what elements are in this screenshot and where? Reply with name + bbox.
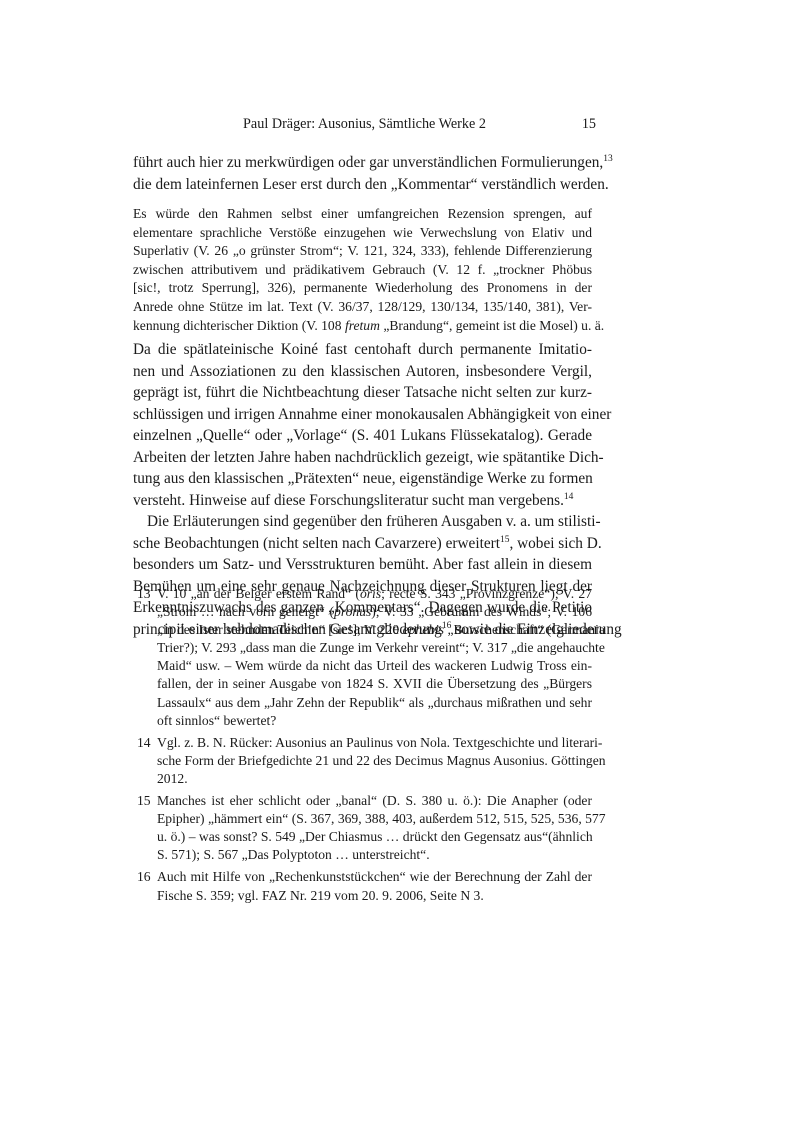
- line-text: ); V. 33 „Gebrumm des Winds“; V. 106: [371, 604, 592, 619]
- footnote-16: 16 Auch mit Hilfe von „Rechenkunststückc…: [137, 868, 592, 904]
- latin-term: ephebis: [403, 622, 445, 637]
- text-line: Vgl. z. B. N. Rücker: Ausonius an Paulin…: [157, 734, 592, 752]
- text-line: 2012.: [157, 770, 592, 788]
- footnote-number: 15: [137, 792, 151, 810]
- page-number: 15: [582, 116, 596, 133]
- line-text: versteht. Hinweise auf diese Forschungsl…: [133, 492, 564, 509]
- text-line: Die Erläuterungen sind gegenüber den frü…: [133, 511, 592, 533]
- text-line: fallen, der in seiner Ausgabe von 1824 S…: [157, 675, 592, 693]
- text-line: Manches ist eher schlicht oder „banal“ (…: [157, 792, 592, 810]
- text-line: Fische S. 359; vgl. FAZ Nr. 219 vom 20. …: [157, 887, 592, 905]
- text-line: [sic!, trotz Sperrung], 326), permanente…: [133, 279, 592, 298]
- text-line: nen und Assoziationen zu den klassischen…: [133, 361, 592, 383]
- footnote-number: 13: [137, 585, 151, 603]
- footnote-number: 14: [137, 734, 151, 752]
- footnotes: 13 V. 10 „an der Belger erstem Rand“ (or…: [137, 585, 592, 909]
- running-title: Paul Dräger: Ausonius, Sämtliche Werke 2: [133, 116, 596, 133]
- line-text: „Strom … nach vorn geneigt“ (: [157, 604, 334, 619]
- text-line: S. 571); S. 567 „Das Polyptoton … unters…: [157, 846, 592, 864]
- text-line: Es würde den Rahmen selbst einer umfangr…: [133, 205, 592, 224]
- line-text: „in des Ister stehnden Teich’n“ [sic!]; …: [157, 622, 403, 637]
- text-line: elementare sprachliche Verstöße einzugeh…: [133, 224, 592, 243]
- text-line: Lassaulx“ aus dem „Jahr Zehn der Republi…: [157, 694, 592, 712]
- text-line: besonders um Satz- und Versstrukturen be…: [133, 554, 592, 576]
- text-line: tung aus den klassischen „Prätexten“ neu…: [133, 468, 592, 490]
- text-line: schlüssigen und irrigen Annahme einer mo…: [133, 404, 592, 426]
- line-text: kennung dichterischer Diktion (V. 108: [133, 318, 345, 333]
- inset-remark: Es würde den Rahmen selbst einer umfangr…: [133, 205, 592, 335]
- latin-term: pronus: [334, 604, 371, 619]
- line-text: führt auch hier zu merkwürdigen oder gar…: [133, 154, 603, 171]
- text-line: geprägt ist, führt die Nichtbeachtung di…: [133, 382, 592, 404]
- line-text: sche Beobachtungen (nicht selten nach Ca…: [133, 535, 500, 552]
- paragraph-continued: führt auch hier zu merkwürdigen oder gar…: [133, 152, 592, 195]
- footnote-14: 14 Vgl. z. B. N. Rücker: Ausonius an Pau…: [137, 734, 592, 788]
- text-line: sche Form der Briefgedichte 21 und 22 de…: [157, 752, 592, 770]
- text-line: kennung dichterischer Diktion (V. 108 fr…: [133, 317, 592, 336]
- line-text: „Brandung“, gemeint ist die Mosel) u. ä.: [380, 318, 604, 333]
- line-text: , wobei sich D.: [509, 535, 601, 552]
- text-line: sche Beobachtungen (nicht selten nach Ca…: [133, 533, 592, 555]
- text-line: u. ö.) – was sonst? S. 549 „Der Chiasmus…: [157, 828, 592, 846]
- text-line: Anrede ohne Stütze im lat. Text (V. 36/3…: [133, 298, 592, 317]
- text-line: führt auch hier zu merkwürdigen oder gar…: [133, 152, 592, 174]
- latin-term: fretum: [345, 318, 380, 333]
- footnote-ref-14[interactable]: 14: [564, 492, 574, 502]
- footnote-13: 13 V. 10 „an der Belger erstem Rand“ (or…: [137, 585, 592, 730]
- text-line: die dem lateinfernen Leser erst durch de…: [133, 174, 592, 196]
- text-line: „Strom … nach vorn geneigt“ (pronus); V.…: [157, 603, 592, 621]
- line-text: V. 10 „an der Belger erstem Rand“ (: [157, 586, 360, 601]
- line-text: ; recte S. 343 „Provinzgrenze“); V. 27: [381, 586, 592, 601]
- footnote-ref-13[interactable]: 13: [603, 154, 613, 164]
- document-page: Paul Dräger: Ausonius, Sämtliche Werke 2…: [0, 0, 800, 1131]
- text-line: zwischen attributivem und prädikativem G…: [133, 261, 592, 280]
- running-header: Paul Dräger: Ausonius, Sämtliche Werke 2…: [133, 116, 596, 134]
- text-line: Arbeiten der letzten Jahre haben nachdrü…: [133, 447, 592, 469]
- text-line: Maid“ usw. – Wem würde da nicht das Urte…: [157, 657, 592, 675]
- text-line: V. 10 „an der Belger erstem Rand“ (oris;…: [157, 585, 592, 603]
- text-line: Trier?); V. 293 „dass man die Zunge im V…: [157, 639, 592, 657]
- text-line: versteht. Hinweise auf diese Forschungsl…: [133, 490, 592, 512]
- line-text: „Burschenschaft“ (Germania: [444, 622, 605, 637]
- text-line: einzelnen „Quelle“ oder „Vorlage“ (S. 40…: [133, 425, 592, 447]
- text-line: „in des Ister stehnden Teich’n“ [sic!]; …: [157, 621, 592, 639]
- footnote-number: 16: [137, 868, 151, 886]
- text-line: Superlativ (V. 26 „o grünster Strom“; V.…: [133, 242, 592, 261]
- footnote-15: 15 Manches ist eher schlicht oder „banal…: [137, 792, 592, 864]
- text-line: oft sinnlos“ bewertet?: [157, 712, 592, 730]
- latin-term: oris: [360, 586, 381, 601]
- text-line: Epipher) „hämmert ein“ (S. 367, 369, 388…: [157, 810, 592, 828]
- text-line: Da die spätlateinische Koiné fast centoh…: [133, 339, 592, 361]
- text-line: Auch mit Hilfe von „Rechenkunststückchen…: [157, 868, 592, 886]
